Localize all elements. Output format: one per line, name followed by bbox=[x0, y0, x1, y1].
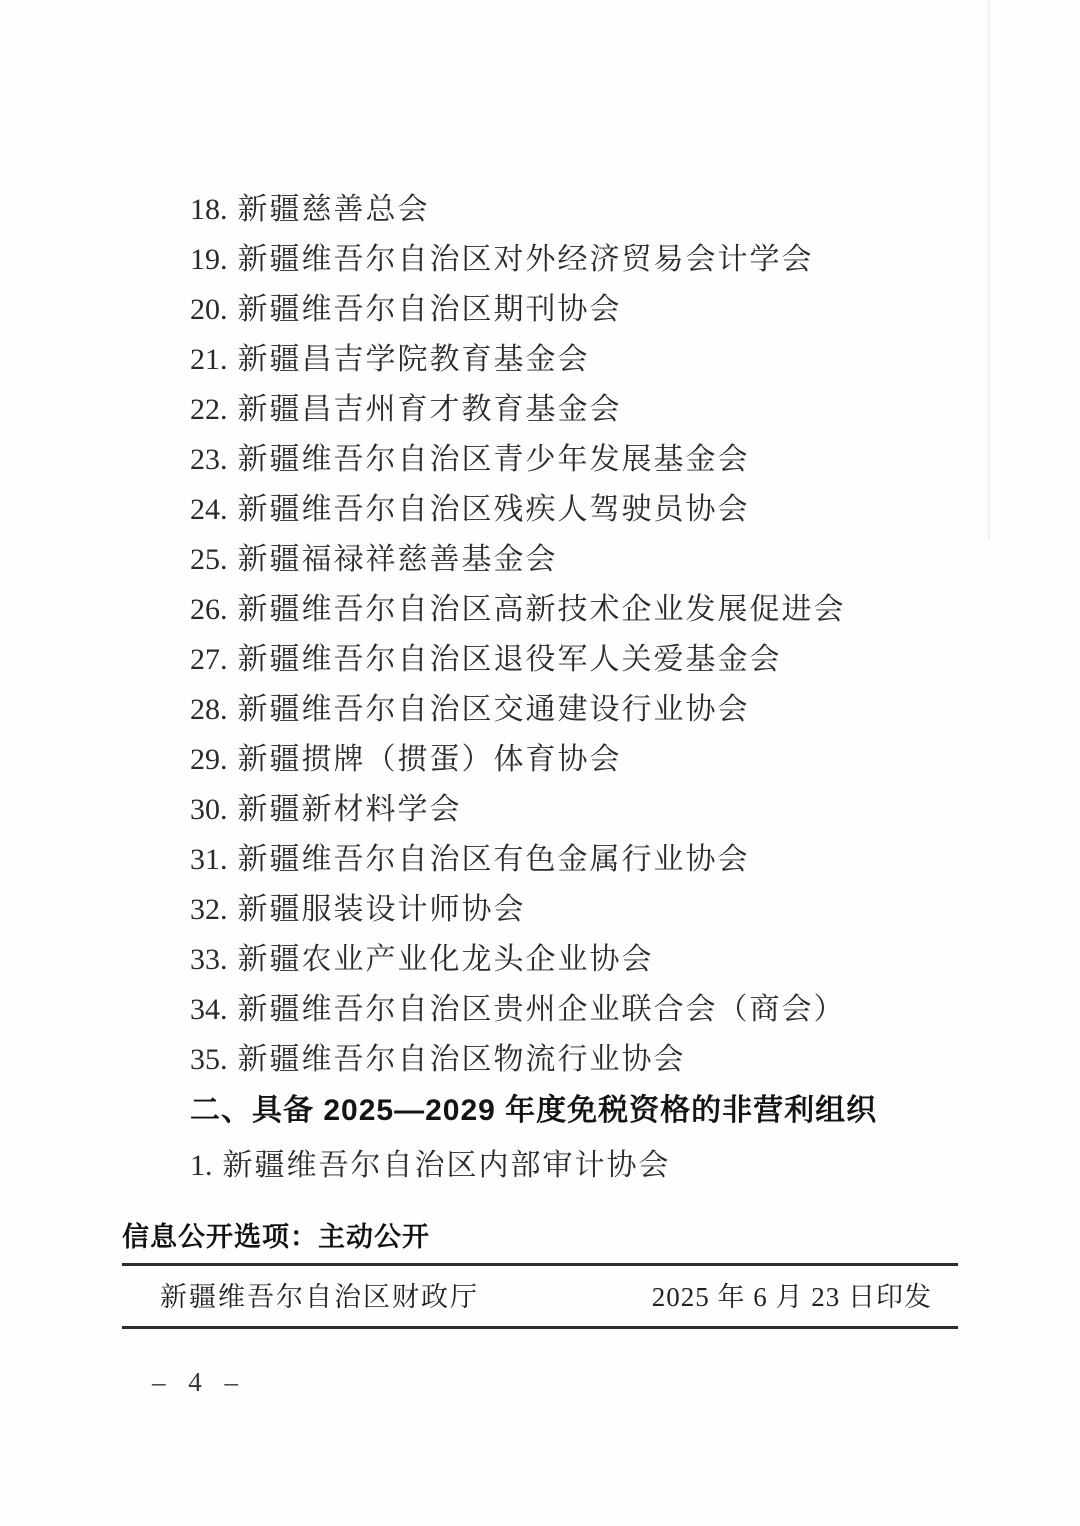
item-number: 31. bbox=[190, 843, 228, 876]
item-number: 28. bbox=[190, 693, 228, 726]
list-item: 19.新疆维吾尔自治区对外经济贸易会计学会 bbox=[190, 243, 980, 277]
item-text: 新疆新材料学会 bbox=[238, 793, 462, 826]
list-item: 27.新疆维吾尔自治区退役军人关爱基金会 bbox=[190, 643, 980, 677]
item-number: 30. bbox=[190, 793, 228, 826]
list-item: 24.新疆维吾尔自治区残疾人驾驶员协会 bbox=[190, 493, 980, 527]
item-text: 新疆维吾尔自治区青少年发展基金会 bbox=[238, 443, 750, 476]
list-item: 20.新疆维吾尔自治区期刊协会 bbox=[190, 293, 980, 327]
org-list-section1: 18.新疆慈善总会 19.新疆维吾尔自治区对外经济贸易会计学会 20.新疆维吾尔… bbox=[190, 193, 980, 1077]
issuer-name: 新疆维吾尔自治区财政厅 bbox=[160, 1281, 479, 1313]
item-text: 新疆服装设计师协会 bbox=[238, 893, 526, 926]
list-item: 1.新疆维吾尔自治区内部审计协会 bbox=[190, 1149, 980, 1183]
list-item: 26.新疆维吾尔自治区高新技术企业发展促进会 bbox=[190, 593, 980, 627]
document-footer: 信息公开选项：主动公开 新疆维吾尔自治区财政厅 2025 年 6 月 23 日印… bbox=[122, 1222, 958, 1398]
item-text: 新疆维吾尔自治区物流行业协会 bbox=[238, 1043, 686, 1076]
list-item: 35.新疆维吾尔自治区物流行业协会 bbox=[190, 1043, 980, 1077]
section-heading: 二、具备 2025—2029 年度免税资格的非营利组织 bbox=[190, 1093, 980, 1129]
item-number: 25. bbox=[190, 543, 228, 576]
disclosure-line: 信息公开选项：主动公开 bbox=[122, 1222, 958, 1252]
item-number: 33. bbox=[190, 943, 228, 976]
list-item: 21.新疆昌吉学院教育基金会 bbox=[190, 343, 980, 377]
list-item: 18.新疆慈善总会 bbox=[190, 193, 980, 227]
item-text: 新疆维吾尔自治区交通建设行业协会 bbox=[238, 693, 750, 726]
item-text: 新疆维吾尔自治区有色金属行业协会 bbox=[238, 843, 750, 876]
item-number: 19. bbox=[190, 243, 228, 276]
scan-artifact-line bbox=[988, 0, 990, 540]
page-number: – 4 – bbox=[152, 1367, 958, 1398]
item-number: 20. bbox=[190, 293, 228, 326]
list-item: 23.新疆维吾尔自治区青少年发展基金会 bbox=[190, 443, 980, 477]
print-date: 2025 年 6 月 23 日印发 bbox=[652, 1281, 932, 1313]
item-text: 新疆维吾尔自治区残疾人驾驶员协会 bbox=[238, 493, 750, 526]
item-text: 新疆维吾尔自治区贵州企业联合会（商会） bbox=[238, 993, 846, 1026]
issuer-row: 新疆维吾尔自治区财政厅 2025 年 6 月 23 日印发 bbox=[122, 1266, 958, 1326]
item-text: 新疆维吾尔自治区高新技术企业发展促进会 bbox=[238, 593, 846, 626]
list-item: 33.新疆农业产业化龙头企业协会 bbox=[190, 943, 980, 977]
item-text: 新疆维吾尔自治区期刊协会 bbox=[238, 293, 622, 326]
item-number: 22. bbox=[190, 393, 228, 426]
document-page: 18.新疆慈善总会 19.新疆维吾尔自治区对外经济贸易会计学会 20.新疆维吾尔… bbox=[0, 0, 1080, 1526]
list-item: 22.新疆昌吉州育才教育基金会 bbox=[190, 393, 980, 427]
item-text: 新疆昌吉州育才教育基金会 bbox=[238, 393, 622, 426]
list-item: 29.新疆掼牌（掼蛋）体育协会 bbox=[190, 743, 980, 777]
list-item: 28.新疆维吾尔自治区交通建设行业协会 bbox=[190, 693, 980, 727]
item-number: 35. bbox=[190, 1043, 228, 1076]
list-item: 34.新疆维吾尔自治区贵州企业联合会（商会） bbox=[190, 993, 980, 1027]
item-text: 新疆维吾尔自治区内部审计协会 bbox=[223, 1149, 671, 1182]
item-text: 新疆掼牌（掼蛋）体育协会 bbox=[238, 743, 622, 776]
item-number: 23. bbox=[190, 443, 228, 476]
item-number: 21. bbox=[190, 343, 228, 376]
list-item: 31.新疆维吾尔自治区有色金属行业协会 bbox=[190, 843, 980, 877]
item-text: 新疆维吾尔自治区对外经济贸易会计学会 bbox=[238, 243, 814, 276]
document-body: 18.新疆慈善总会 19.新疆维吾尔自治区对外经济贸易会计学会 20.新疆维吾尔… bbox=[190, 193, 980, 1183]
item-text: 新疆昌吉学院教育基金会 bbox=[238, 343, 590, 376]
item-number: 18. bbox=[190, 193, 228, 226]
divider-bottom bbox=[122, 1326, 958, 1329]
item-text: 新疆维吾尔自治区退役军人关爱基金会 bbox=[238, 643, 782, 676]
item-text: 新疆农业产业化龙头企业协会 bbox=[238, 943, 654, 976]
item-number: 24. bbox=[190, 493, 228, 526]
item-number: 29. bbox=[190, 743, 228, 776]
item-number: 32. bbox=[190, 893, 228, 926]
list-item: 25.新疆福禄祥慈善基金会 bbox=[190, 543, 980, 577]
org-list-section2: 1.新疆维吾尔自治区内部审计协会 bbox=[190, 1149, 980, 1183]
item-number: 1. bbox=[190, 1149, 213, 1182]
list-item: 32.新疆服装设计师协会 bbox=[190, 893, 980, 927]
item-number: 27. bbox=[190, 643, 228, 676]
item-text: 新疆福禄祥慈善基金会 bbox=[238, 543, 558, 576]
list-item: 30.新疆新材料学会 bbox=[190, 793, 980, 827]
item-text: 新疆慈善总会 bbox=[238, 193, 430, 226]
item-number: 26. bbox=[190, 593, 228, 626]
item-number: 34. bbox=[190, 993, 228, 1026]
